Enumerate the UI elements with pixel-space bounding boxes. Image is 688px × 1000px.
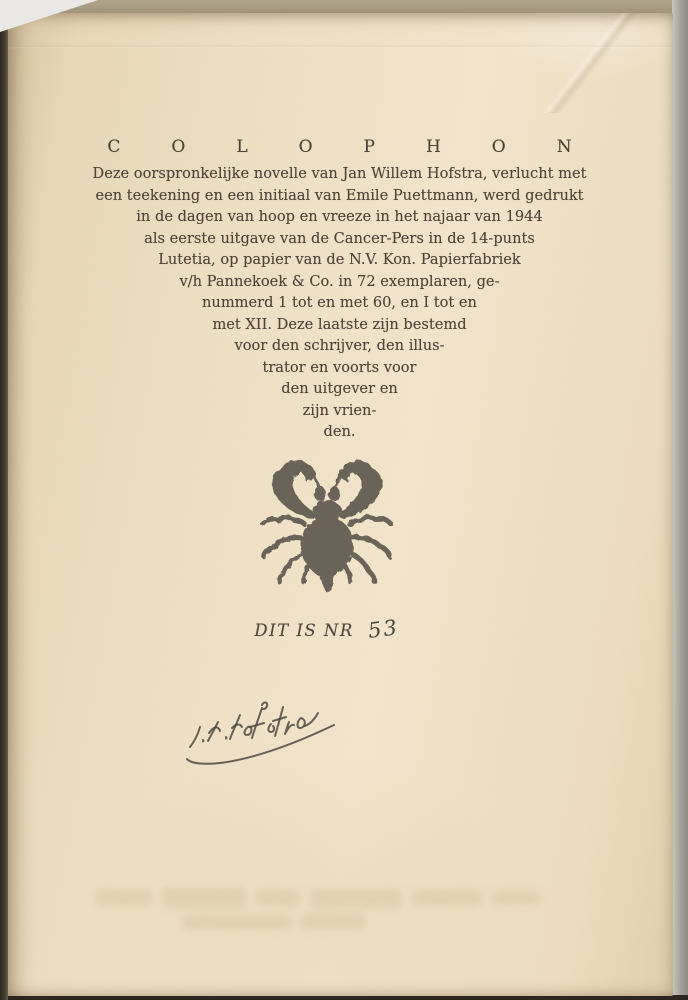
colophon-line: den.	[6, 421, 673, 443]
colophon-line: in de dagen van hoop en vreeze in het na…	[6, 206, 673, 228]
colophon-heading: COLOPHON	[107, 137, 622, 157]
colophon-line: een teekening en een initiaal van Emile …	[6, 185, 673, 207]
photo-right-edge	[672, 0, 688, 1000]
book-spine-edge	[0, 0, 8, 1000]
colophon-line: nummerd 1 tot en met 60, en I tot en	[6, 292, 673, 314]
colophon-line: v/h Pannekoek & Co. in 72 exemplaren, ge…	[6, 271, 673, 293]
book-photo-frame: COLOPHON Deze oorspronkelijke novelle va…	[0, 0, 688, 1000]
colophon-text-block: Deze oorspronkelijke novelle van Jan Wil…	[6, 163, 673, 443]
colophon-line: Lutetia, op papier van de N.V. Kon. Papi…	[6, 249, 673, 271]
author-signature-handwriting	[182, 687, 360, 779]
colophon-line: voor den schrijver, den illus-	[6, 335, 673, 357]
colophon-line: den uitgever en	[6, 378, 673, 400]
copy-number-line: DIT IS NR 53	[0, 617, 660, 641]
copy-number-label: DIT IS NR	[254, 621, 353, 640]
colophon-heading-row: COLOPHON	[6, 137, 673, 157]
colophon-line: met XII. Deze laatste zijn bestemd	[6, 314, 673, 336]
colophon-line: als eerste uitgave van de Cancer-Pers in…	[6, 228, 673, 250]
page-showthrough-smudge	[91, 885, 601, 943]
colophon-line: trator en voorts voor	[6, 357, 673, 379]
crab-emblem-icon	[256, 457, 398, 597]
colophon-line: zijn vrien-	[6, 400, 673, 422]
book-page: COLOPHON Deze oorspronkelijke novelle va…	[6, 13, 673, 996]
handwritten-copy-number: 53	[367, 615, 400, 643]
photo-corner-highlight	[0, 0, 98, 32]
colophon-line: Deze oorspronkelijke novelle van Jan Wil…	[6, 163, 673, 185]
page-horizontal-crease	[6, 43, 673, 49]
page-corner-crease	[503, 13, 673, 113]
